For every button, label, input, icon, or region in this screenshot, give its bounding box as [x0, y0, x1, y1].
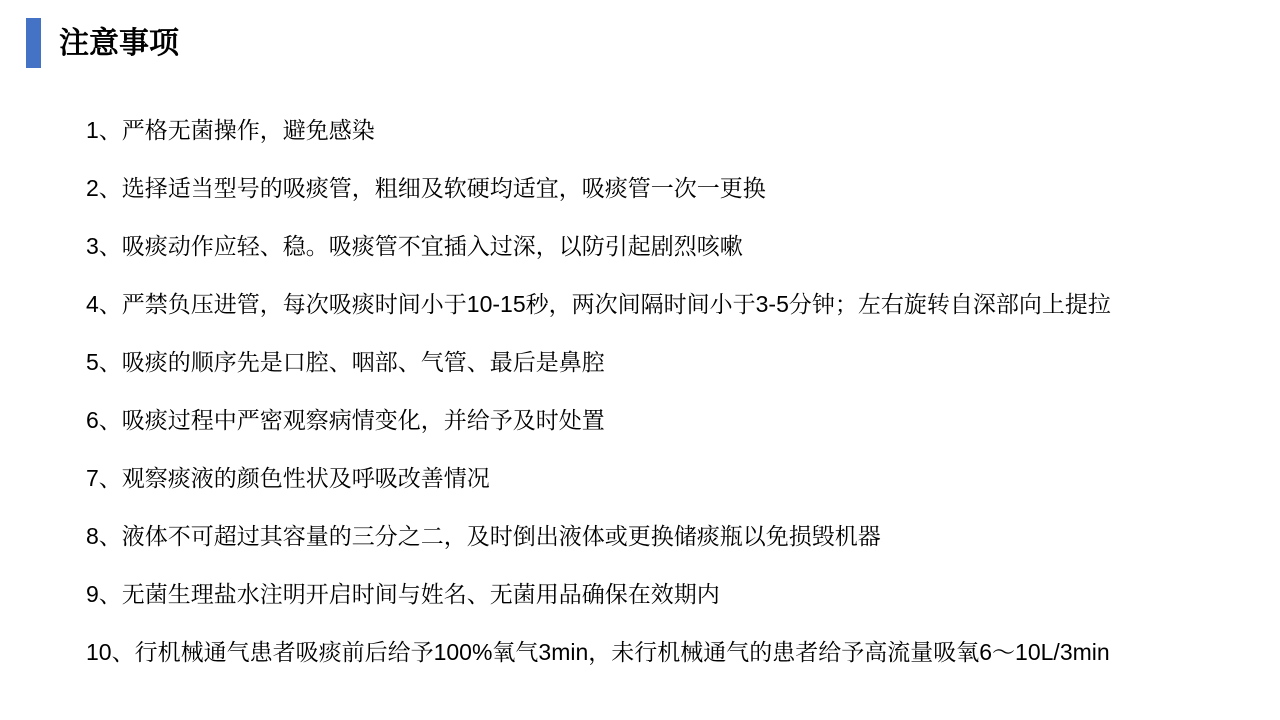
list-item: 9、无菌生理盐水注明开启时间与姓名、无菌用品确保在效期内: [86, 565, 1260, 623]
title-accent-bar: [26, 18, 41, 68]
list-item: 5、吸痰的顺序先是口腔、咽部、气管、最后是鼻腔: [86, 333, 1260, 391]
list-item: 10、行机械通气患者吸痰前后给予100%氧气3min，未行机械通气的患者给予高流…: [86, 623, 1260, 681]
presentation-slide: 注意事项 1、严格无菌操作，避免感染 2、选择适当型号的吸痰管，粗细及软硬均适宜…: [0, 0, 1280, 720]
list-item: 7、观察痰液的颜色性状及呼吸改善情况: [86, 449, 1260, 507]
list-item: 2、选择适当型号的吸痰管，粗细及软硬均适宜，吸痰管一次一更换: [86, 159, 1260, 217]
slide-title: 注意事项: [59, 25, 179, 63]
notes-list: 1、严格无菌操作，避免感染 2、选择适当型号的吸痰管，粗细及软硬均适宜，吸痰管一…: [86, 101, 1260, 681]
list-item: 6、吸痰过程中严密观察病情变化，并给予及时处置: [86, 391, 1260, 449]
list-item: 8、液体不可超过其容量的三分之二，及时倒出液体或更换储痰瓶以免损毁机器: [86, 507, 1260, 565]
list-item: 1、严格无菌操作，避免感染: [86, 101, 1260, 159]
list-item: 4、严禁负压进管，每次吸痰时间小于10-15秒，两次间隔时间小于3-5分钟；左右…: [86, 275, 1260, 333]
list-item: 3、吸痰动作应轻、稳。吸痰管不宜插入过深，以防引起剧烈咳嗽: [86, 217, 1260, 275]
